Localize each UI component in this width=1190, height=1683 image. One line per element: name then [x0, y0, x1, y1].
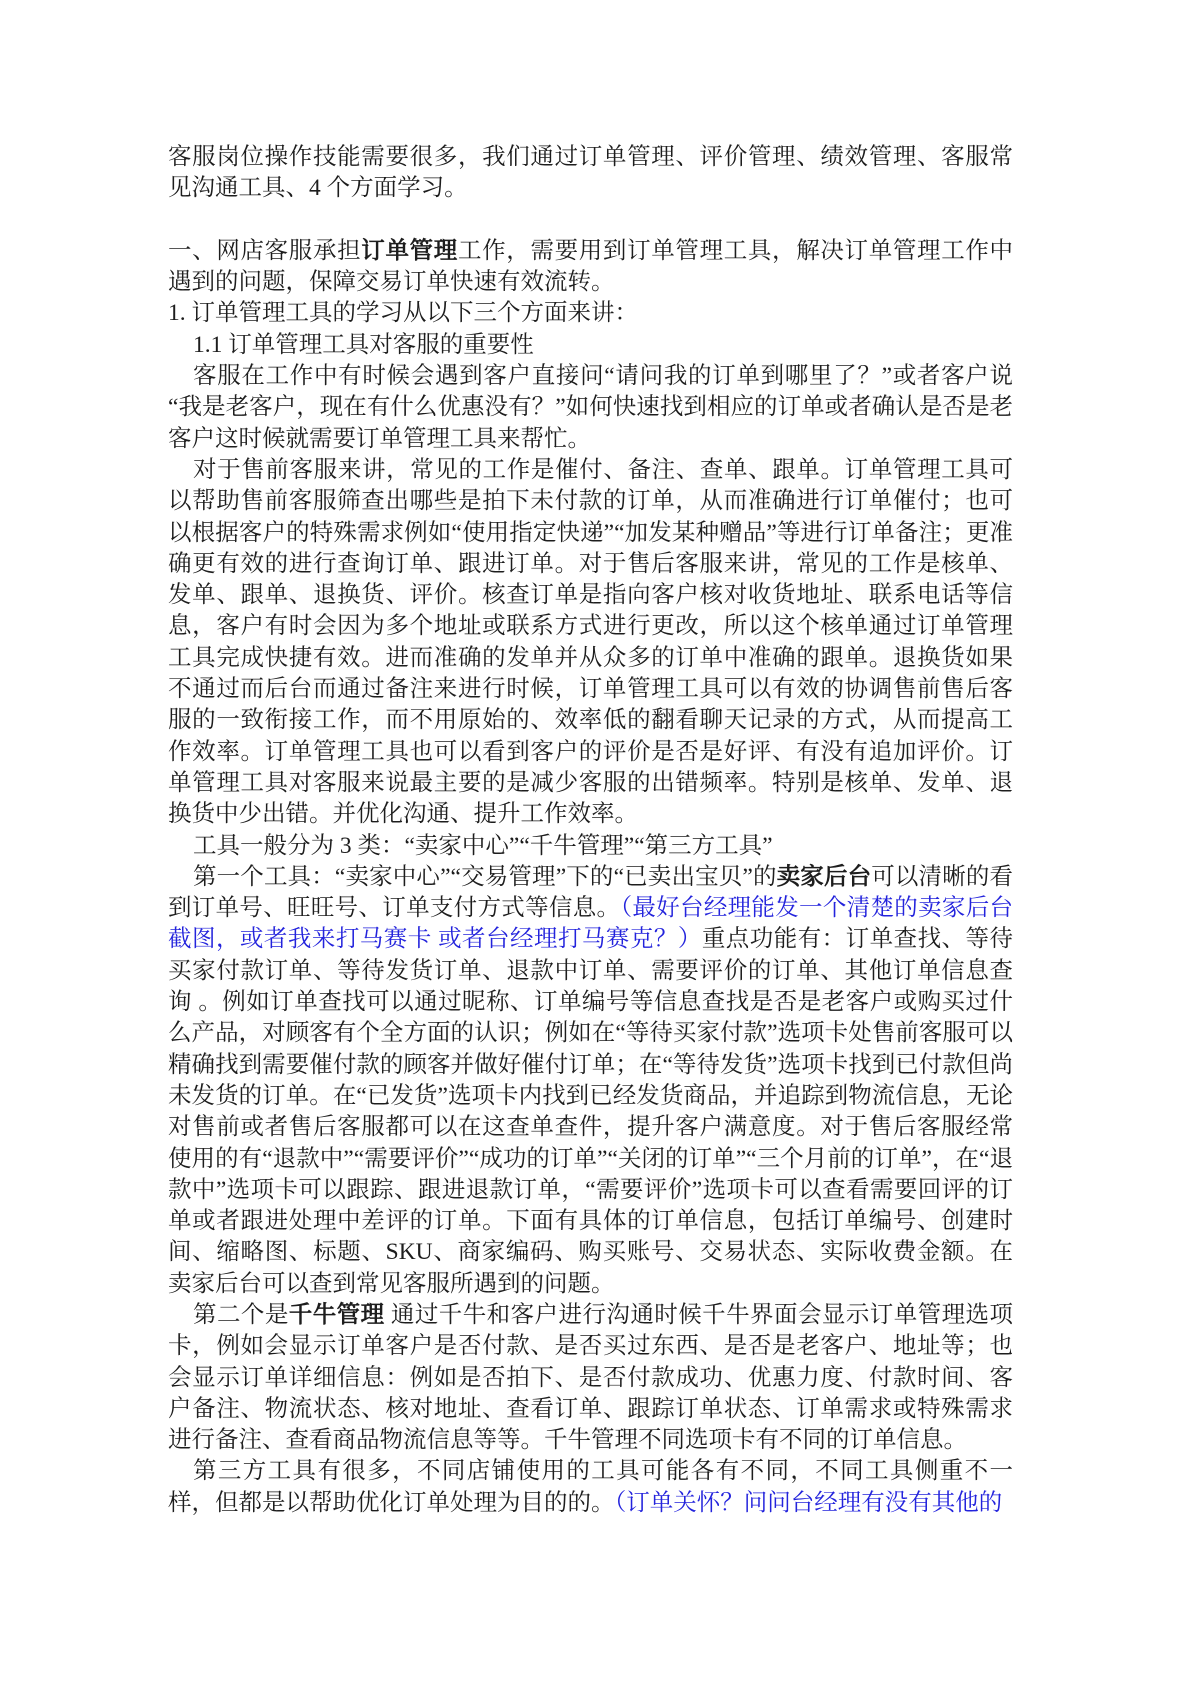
text-run: 重点功能有：订单查找、等待买家付款订单、等待发货订单、退款中订单、需要评价的订单… — [168, 926, 1013, 1296]
text-run: 客服在工作中有时候会遇到客户直接问“请问我的订单到哪里了？”或者客户说“我是老客… — [168, 363, 1013, 452]
paragraph-tool-3-third-party: 第三方工具有很多，不同店铺使用的工具可能各有不同，不同工具侧重不一样，但都是以帮… — [168, 1456, 1013, 1519]
document-body: 客服岗位操作技能需要很多，我们通过订单管理、评价管理、绩效管理、客服常见沟通工具… — [168, 142, 1013, 1519]
paragraph-three-tool-types: 工具一般分为 3 类：“卖家中心”“千牛管理”“第三方工具” — [168, 831, 1013, 862]
text-run: 工具一般分为 3 类：“卖家中心”“千牛管理”“第三方工具” — [193, 833, 773, 859]
text-run: 第一个工具：“卖家中心”“交易管理”下的“已卖出宝贝”的 — [193, 864, 777, 890]
annotation-run-order-care-note: （订单关怀？问问台经理有没有其他的 — [615, 1490, 1003, 1516]
paragraph-section-one: 一、网店客服承担订单管理工作，需要用到订单管理工具，解决订单管理工作中遇到的问题… — [168, 236, 1013, 299]
bold-run-seller-backend: 卖家后台 — [777, 864, 872, 890]
paragraph-intro: 客服岗位操作技能需要很多，我们通过订单管理、评价管理、绩效管理、客服常见沟通工具… — [168, 142, 1013, 205]
paragraph-list-item-1: 1. 订单管理工具的学习从以下三个方面来讲： — [168, 298, 1013, 329]
bold-run-qianniu: 千牛管理 — [289, 1302, 385, 1328]
paragraph-importance: 客服在工作中有时候会遇到客户直接问“请问我的订单到哪里了？”或者客户说“我是老客… — [168, 361, 1013, 455]
text-run: 客服岗位操作技能需要很多，我们通过订单管理、评价管理、绩效管理、客服常见沟通工具… — [168, 144, 1013, 201]
paragraph-presale-aftersale: 对于售前客服来讲，常见的工作是催付、备注、查单、跟单。订单管理工具可以帮助售前客… — [168, 455, 1013, 831]
paragraph-tool-2-qianniu: 第二个是千牛管理 通过千牛和客户进行沟通时候千牛界面会显示订单管理选项卡，例如会… — [168, 1300, 1013, 1456]
blank-line — [168, 205, 1013, 236]
text-run: 第二个是 — [193, 1302, 289, 1328]
text-run: 对于售前客服来讲，常见的工作是催付、备注、查单、跟单。订单管理工具可以帮助售前客… — [168, 457, 1013, 827]
document-page: { "page": { "background": "#ffffff", "te… — [0, 0, 1190, 1683]
paragraph-subsection-1-1: 1.1 订单管理工具对客服的重要性 — [168, 330, 1013, 361]
paragraph-tool-1-seller-center: 第一个工具：“卖家中心”“交易管理”下的“已卖出宝贝”的卖家后台可以清晰的看到订… — [168, 862, 1013, 1300]
text-run: 一、网店客服承担 — [168, 238, 361, 264]
text-run: 1.1 订单管理工具对客服的重要性 — [193, 332, 534, 358]
bold-run-order-management: 订单管理 — [361, 238, 458, 264]
text-run: 1. 订单管理工具的学习从以下三个方面来讲： — [168, 300, 638, 326]
